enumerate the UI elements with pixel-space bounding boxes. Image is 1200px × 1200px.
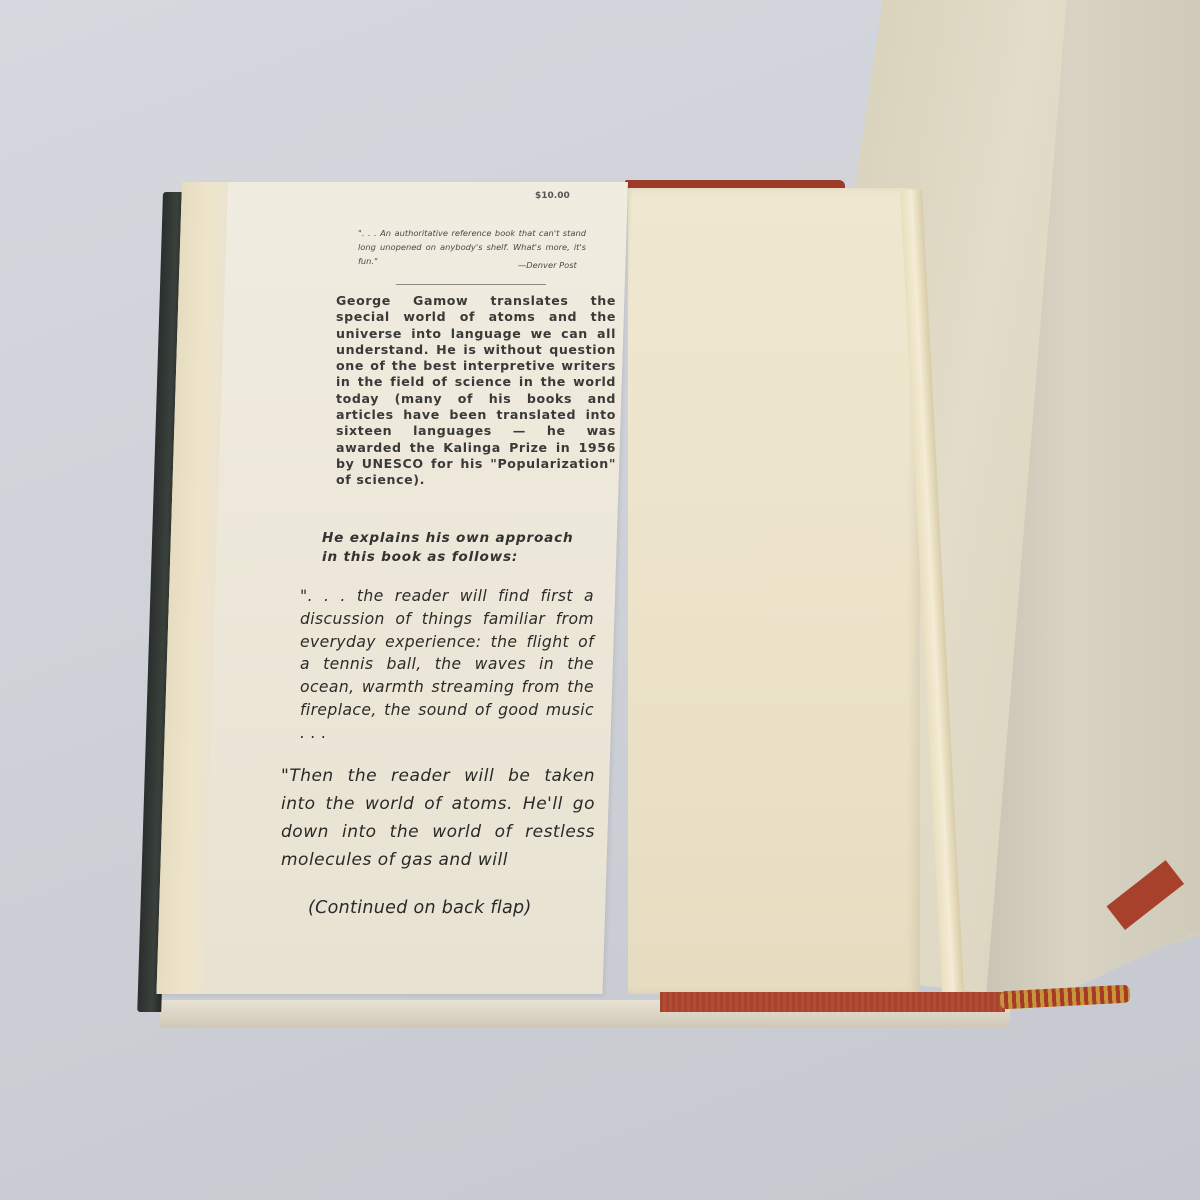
divider-rule [396,284,546,285]
book-cloth-bottom-edge [660,992,1005,1012]
continued-note: (Continued on back flap) [308,898,532,918]
flap-paragraph-quote-2: "Then the reader will be taken into the … [281,762,595,874]
price-label: $10.00 [535,191,570,201]
book-endpaper [628,188,920,994]
flap-paragraph-quote-1: ". . . the reader will find first a disc… [300,585,594,745]
review-source: —Denver Post [518,260,577,270]
flap-paragraph-approach: He explains his own approach in this boo… [322,529,592,567]
photo-scene: $10.00 ". . . An authoritative reference… [0,0,1200,1200]
flap-paragraph-intro: George Gamow translates the special worl… [336,293,616,489]
